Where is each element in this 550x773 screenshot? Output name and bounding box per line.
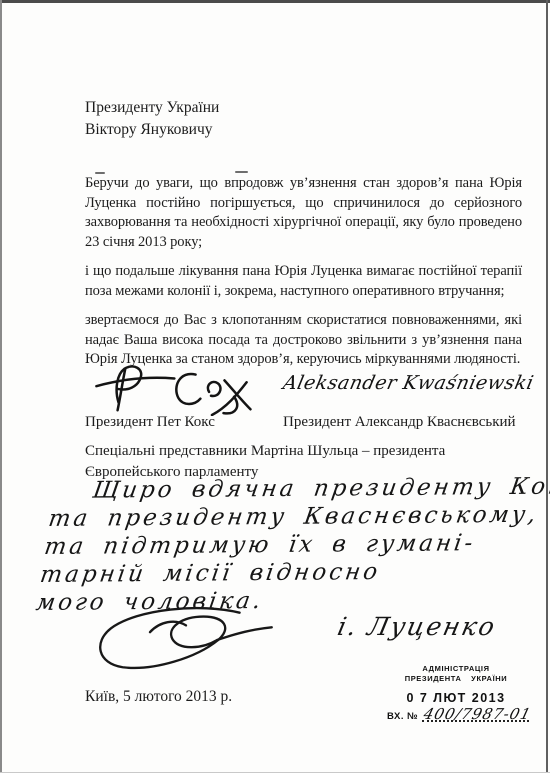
recipient-block: Президенту України Віктору Януковичу (85, 97, 219, 140)
lutsenko-signature: і. Луценко (335, 612, 499, 641)
handwritten-line-4: тарній місії відносно (38, 557, 521, 589)
recipient-line-1: Президенту України (85, 97, 219, 119)
scanned-letter-page: Президенту України Віктору Януковичу Бер… (0, 0, 550, 773)
handwritten-note: Щиро вдячна президенту Коксу та президен… (34, 473, 534, 617)
handwritten-line-2: та президенту Кваснєвському, (47, 501, 530, 533)
scan-edge-top (0, 0, 550, 3)
paragraph-3: звертаємося до Вас з клопотанням скорист… (85, 311, 522, 370)
stamp-entry-row: ВХ. № 400/7987-01 (383, 708, 529, 722)
paragraph-1: Беручи до уваги, що впродовж ув’язнення … (85, 174, 522, 252)
recipient-line-2: Віктору Януковичу (85, 119, 219, 141)
stamp-org-line-1: АДМІНІСТРАЦІЯ (383, 664, 529, 673)
stamp-entry-number: 400/7987-01 (422, 705, 533, 723)
stamp-entry-label: ВХ. № (387, 711, 418, 722)
signatory-cox: Президент Пет Кокс (85, 364, 275, 416)
signatory-cox-label: Президент Пет Кокс (85, 414, 215, 431)
scan-speck (235, 171, 248, 173)
stamp-org-line-2: ПРЕЗИДЕНТА УКРАЇНИ (383, 674, 529, 683)
letter-body: Беручи до уваги, що впродовж ув’язнення … (85, 174, 522, 380)
kwasniewski-signature: Aleksander Kwaśniewski (281, 372, 536, 394)
handwritten-flourish-signature (92, 601, 280, 677)
scan-edge-right (546, 0, 548, 773)
stamp-dotted-line: 400/7987-01 (422, 708, 529, 722)
administration-stamp: АДМІНІСТРАЦІЯ ПРЕЗИДЕНТА УКРАЇНИ 0 7 ЛЮТ… (383, 664, 529, 722)
stamp-date: 0 7 ЛЮТ 2013 (383, 691, 529, 705)
handwritten-line-1: Щиро вдячна президенту Коксу (51, 473, 534, 505)
signatory-kwasniewski-label: Президент Александр Кваснєвський (283, 414, 516, 431)
dateline: Київ, 5 лютого 2013 р. (85, 688, 232, 706)
pat-cox-signature (89, 364, 254, 416)
handwritten-line-3: та підтримую їх в гумані- (42, 529, 525, 561)
paragraph-2: і що подальше лікування пана Юрія Луценк… (85, 262, 522, 301)
signatory-kwasniewski: Aleksander Kwaśniewski Президент Алексан… (281, 372, 531, 394)
scan-edge-left (0, 0, 2, 773)
